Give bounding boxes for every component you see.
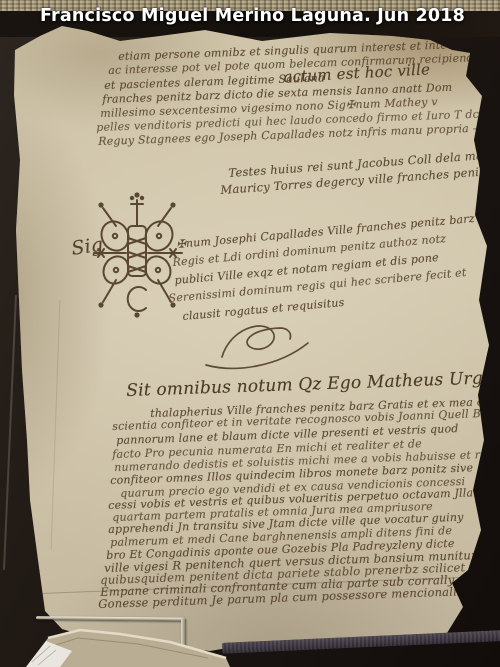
photo-caption: Francisco Miguel Merino Laguna. Jun 2018: [40, 6, 465, 26]
notarial-sign-drawing: [86, 186, 186, 318]
manuscript-page: etiam persone omnibz et singulis quarum …: [0, 0, 500, 667]
paper-crease-vertical: [51, 300, 61, 550]
notary-paraph-drawing: [200, 315, 320, 373]
museum-photo: etiam persone omnibz et singulis quarum …: [0, 0, 500, 667]
book-stack-corner: [18, 624, 243, 667]
plastic-sleeve-edge: [3, 295, 17, 570]
